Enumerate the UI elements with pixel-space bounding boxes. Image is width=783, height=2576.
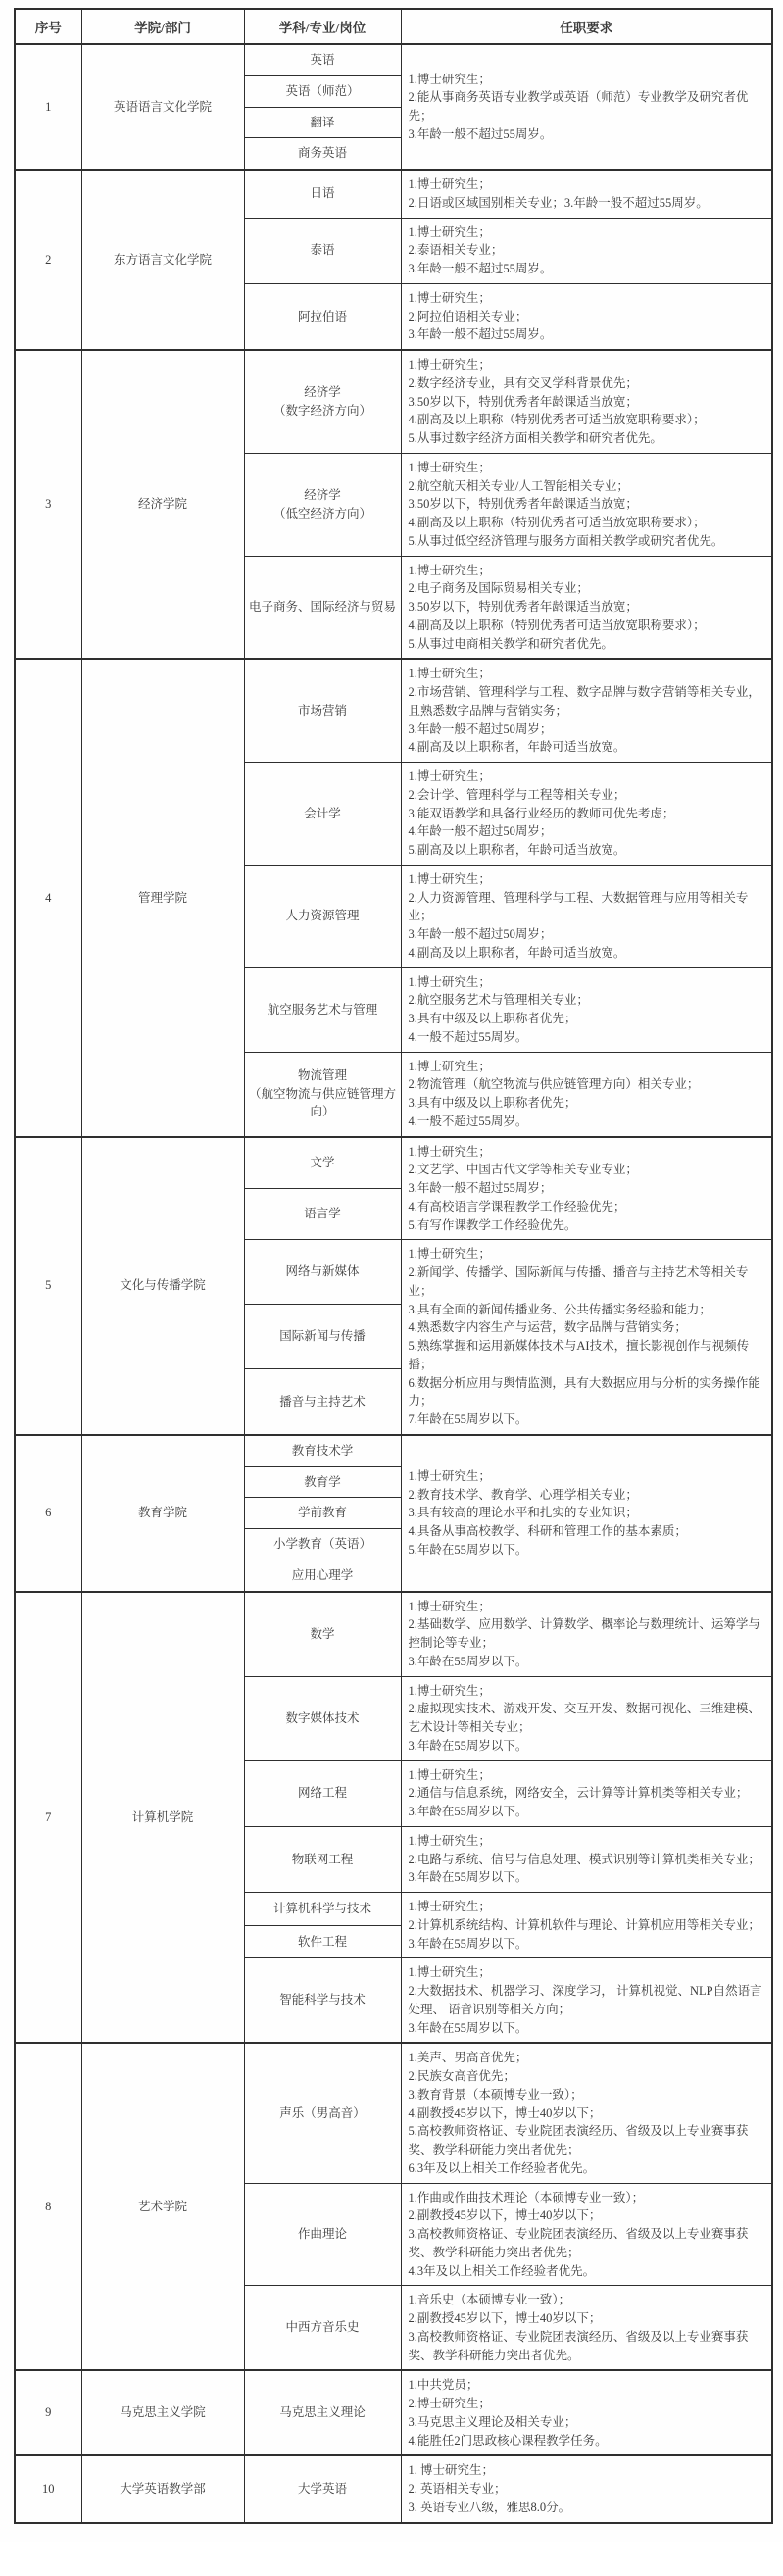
major-cell: 电子商务、国际经济与贸易	[244, 556, 401, 659]
college-cell: 艺术学院	[81, 2043, 244, 2370]
requirements-cell: 1.博士研究生； 2.人力资源管理、管理科学与工程、大数据管理与应用等相关专业；…	[401, 865, 772, 967]
major-cell: 数学	[244, 1592, 401, 1677]
row-number-cell: 9	[15, 2370, 81, 2455]
major-cell: 网络工程	[244, 1760, 401, 1826]
row-number-cell: 8	[15, 2043, 81, 2370]
row-number-cell: 10	[15, 2455, 81, 2522]
major-cell: 应用心理学	[244, 1560, 401, 1591]
table-row: 7 计算机学院 数学 1.博士研究生； 2.基础数学、应用数学、计算数学、概率论…	[15, 1592, 772, 1677]
major-cell: 国际新闻与传播	[244, 1305, 401, 1369]
major-cell: 经济学 （数字经济方向）	[244, 350, 401, 453]
header-col-index: 序号	[15, 9, 81, 44]
college-cell: 英语语言文化学院	[81, 44, 244, 170]
major-cell: 文学	[244, 1137, 401, 1189]
major-cell: 网络与新媒体	[244, 1240, 401, 1305]
major-cell: 智能科学与技术	[244, 1958, 401, 2044]
college-cell: 马克思主义学院	[81, 2370, 244, 2455]
table-row: 2 东方语言文化学院 日语 1.博士研究生； 2.日语或区域国别相关专业；3.年…	[15, 170, 772, 218]
requirements-cell: 1.博士研究生； 2.市场营销、管理科学与工程、数字品牌与数字营销等相关专业，且…	[401, 659, 772, 762]
major-cell: 教育技术学	[244, 1435, 401, 1466]
header-col-college: 学院/部门	[81, 9, 244, 44]
requirements-cell: 1.作曲或作曲技术理论（本硕博专业一致）； 2.副教授45岁以下，博士40岁以下…	[401, 2183, 772, 2286]
major-cell: 商务英语	[244, 138, 401, 170]
table-row: 10 大学英语教学部 大学英语 1. 博士研究生； 2. 英语相关专业； 3. …	[15, 2455, 772, 2522]
major-cell: 作曲理论	[244, 2183, 401, 2286]
requirements-cell: 1.博士研究生； 2.航空航天相关专业/人工智能相关专业； 3.50岁以下，特别…	[401, 453, 772, 556]
requirements-cell: 1.博士研究生； 2.基础数学、应用数学、计算数学、概率论与数理统计、运筹学与控…	[401, 1592, 772, 1677]
requirements-cell: 1.博士研究生； 2.大数据技术、机器学习、深度学习， 计算机视觉、NLP自然语…	[401, 1958, 772, 2044]
table-row: 4 管理学院 市场营销 1.博士研究生； 2.市场营销、管理科学与工程、数字品牌…	[15, 659, 772, 762]
major-cell: 市场营销	[244, 659, 401, 762]
requirements-cell: 1.博士研究生； 2.计算机系统结构、计算机软件与理论、计算机应用等相关专业； …	[401, 1893, 772, 1958]
college-cell: 大学英语教学部	[81, 2455, 244, 2522]
major-cell: 计算机科学与技术	[244, 1893, 401, 1926]
major-cell: 数字媒体技术	[244, 1676, 401, 1760]
row-number-cell: 6	[15, 1435, 81, 1592]
major-cell: 翻译	[244, 107, 401, 138]
table-row: 8 艺术学院 声乐（男高音） 1.美声、男高音优先； 2.民族女高音优先； 3.…	[15, 2043, 772, 2183]
major-cell: 声乐（男高音）	[244, 2043, 401, 2183]
requirements-cell: 1.中共党员； 2.博士研究生； 3.马克思主义理论及相关专业； 4.能胜任2门…	[401, 2370, 772, 2455]
row-number-cell: 4	[15, 659, 81, 1136]
table-row: 9 马克思主义学院 马克思主义理论 1.中共党员； 2.博士研究生； 3.马克思…	[15, 2370, 772, 2455]
major-cell: 会计学	[244, 763, 401, 866]
recruitment-table: 序号 学院/部门 学科/专业/岗位 任职要求 1 英语语言文化学院 英语 1.博…	[14, 8, 773, 2524]
major-cell: 物联网工程	[244, 1826, 401, 1892]
requirements-cell: 1.音乐史（本硕博专业一致）； 2.副教授45岁以下，博士40岁以下； 3.高校…	[401, 2286, 772, 2371]
major-cell: 教育学	[244, 1466, 401, 1498]
college-cell: 东方语言文化学院	[81, 170, 244, 350]
major-cell: 大学英语	[244, 2455, 401, 2522]
header-col-major: 学科/专业/岗位	[244, 9, 401, 44]
requirements-cell: 1.博士研究生； 2.阿拉伯语相关专业； 3.年龄一般不超过55周岁。	[401, 283, 772, 350]
major-cell: 英语（师范）	[244, 75, 401, 107]
major-cell: 中西方音乐史	[244, 2286, 401, 2371]
major-cell: 经济学 （低空经济方向）	[244, 453, 401, 556]
major-cell: 航空服务艺术与管理	[244, 967, 401, 1052]
college-cell: 管理学院	[81, 659, 244, 1136]
major-cell: 播音与主持艺术	[244, 1369, 401, 1435]
requirements-cell: 1.博士研究生； 2.日语或区域国别相关专业；3.年龄一般不超过55周岁。	[401, 170, 772, 218]
header-col-requirements: 任职要求	[401, 9, 772, 44]
requirements-cell: 1.博士研究生； 2.会计学、管理科学与工程等相关专业； 3.能双语教学和具备行…	[401, 763, 772, 866]
requirements-cell: 1.博士研究生； 2.虚拟现实技术、游戏开发、交互开发、数据可视化、三维建模、艺…	[401, 1676, 772, 1760]
major-cell: 物流管理 （航空物流与供应链管理方向）	[244, 1052, 401, 1137]
major-cell: 英语	[244, 44, 401, 75]
requirements-cell: 1.博士研究生； 2.文艺学、中国古代文学等相关专业专业； 3.年龄一般不超过5…	[401, 1137, 772, 1240]
page: 序号 学院/部门 学科/专业/岗位 任职要求 1 英语语言文化学院 英语 1.博…	[0, 0, 783, 2542]
table-row: 5 文化与传播学院 文学 1.博士研究生； 2.文艺学、中国古代文学等相关专业专…	[15, 1137, 772, 1189]
requirements-cell: 1.博士研究生； 2.航空服务艺术与管理相关专业； 3.具有中级及以上职称者优先…	[401, 967, 772, 1052]
major-cell: 学前教育	[244, 1498, 401, 1529]
row-number-cell: 1	[15, 44, 81, 170]
college-cell: 文化与传播学院	[81, 1137, 244, 1435]
table-row: 6 教育学院 教育技术学 1.博士研究生； 2.教育技术学、教育学、心理学相关专…	[15, 1435, 772, 1466]
college-cell: 计算机学院	[81, 1592, 244, 2044]
major-cell: 人力资源管理	[244, 865, 401, 967]
requirements-cell: 1.博士研究生； 2.电子商务及国际贸易相关专业； 3.50岁以下，特别优秀者年…	[401, 556, 772, 659]
requirements-cell: 1.博士研究生； 2.电路与系统、信号与信息处理、模式识别等计算机类相关专业； …	[401, 1826, 772, 1892]
requirements-cell: 1.美声、男高音优先； 2.民族女高音优先； 3.教育背景（本硕博专业一致）； …	[401, 2043, 772, 2183]
requirements-cell: 1.博士研究生； 2.新闻学、传播学、国际新闻与传播、播音与主持艺术等相关专业；…	[401, 1240, 772, 1435]
table-row: 1 英语语言文化学院 英语 1.博士研究生； 2.能从事商务英语专业教学或英语（…	[15, 44, 772, 75]
major-cell: 语言学	[244, 1189, 401, 1240]
college-cell: 经济学院	[81, 350, 244, 659]
row-number-cell: 3	[15, 350, 81, 659]
major-cell: 软件工程	[244, 1925, 401, 1958]
table-row: 3 经济学院 经济学 （数字经济方向） 1.博士研究生； 2.数字经济专业，具有…	[15, 350, 772, 453]
requirements-cell: 1.博士研究生； 2.数字经济专业，具有交叉学科背景优先； 3.50岁以下，特别…	[401, 350, 772, 453]
major-cell: 小学教育（英语）	[244, 1529, 401, 1560]
major-cell: 泰语	[244, 218, 401, 283]
college-cell: 教育学院	[81, 1435, 244, 1592]
major-cell: 马克思主义理论	[244, 2370, 401, 2455]
row-number-cell: 7	[15, 1592, 81, 2044]
requirements-cell: 1.博士研究生； 2.能从事商务英语专业教学或英语（师范）专业教学及研究者优先；…	[401, 44, 772, 170]
requirements-cell: 1. 博士研究生； 2. 英语相关专业； 3. 英语专业八级，雅思8.0分。	[401, 2455, 772, 2522]
header-row: 序号 学院/部门 学科/专业/岗位 任职要求	[15, 9, 772, 44]
requirements-cell: 1.博士研究生； 2.泰语相关专业； 3.年龄一般不超过55周岁。	[401, 218, 772, 283]
major-cell: 阿拉伯语	[244, 283, 401, 350]
requirements-cell: 1.博士研究生； 2.通信与信息系统，网络安全，云计算等计算机类等相关专业； 3…	[401, 1760, 772, 1826]
requirements-cell: 1.博士研究生； 2.教育技术学、教育学、心理学相关专业； 3.具有较高的理论水…	[401, 1435, 772, 1592]
requirements-cell: 1.博士研究生； 2.物流管理（航空物流与供应链管理方向）相关专业； 3.具有中…	[401, 1052, 772, 1137]
major-cell: 日语	[244, 170, 401, 218]
row-number-cell: 2	[15, 170, 81, 350]
row-number-cell: 5	[15, 1137, 81, 1435]
